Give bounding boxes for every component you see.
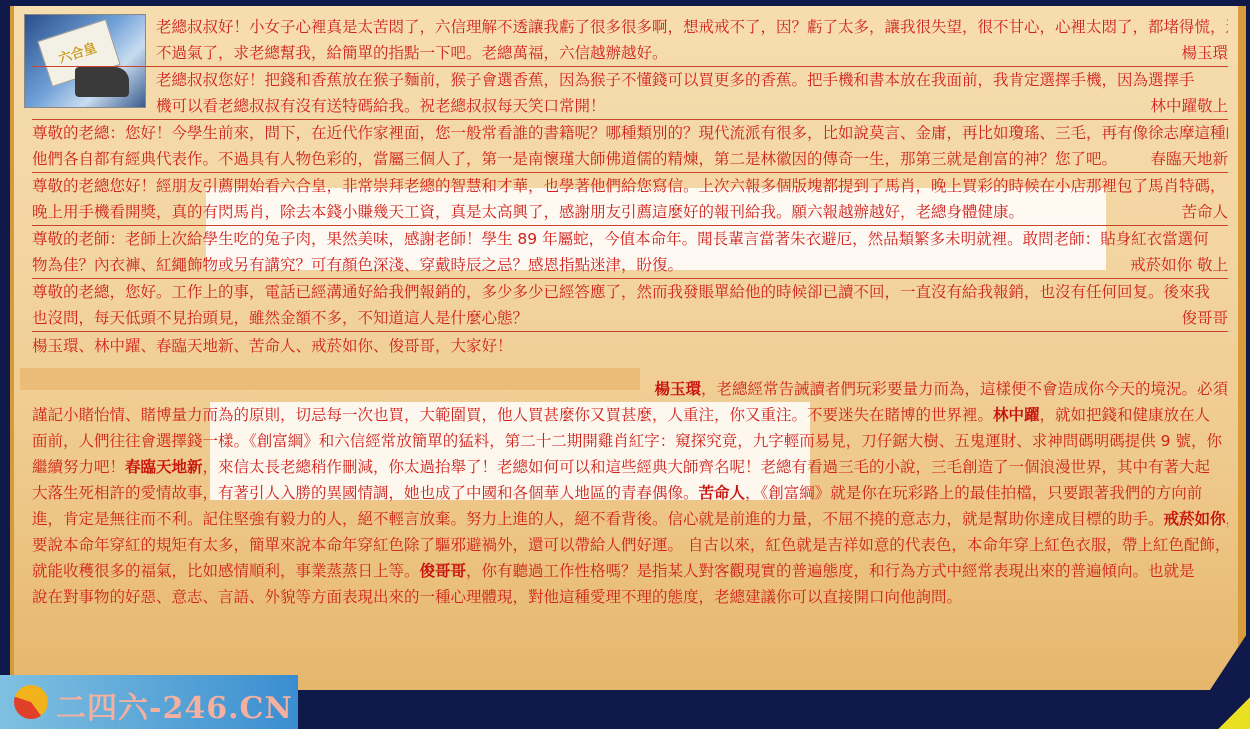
letter-line: 他們各自都有經典代表作。不過具有人物色彩的，當屬三個人了，第一是南懷瑾大師佛道儒…: [32, 146, 1228, 173]
reply-text: 大落生死相許的愛情故事，有著引人入勝的異國情調，她也成了中國和各個華人地區的青春…: [32, 484, 699, 502]
reply-line: 要說本命年穿紅的規矩有太多，簡單來說本命年穿紅色除了驅邪避禍外，還可以帶給人們好…: [32, 532, 1228, 558]
reply-line: 楊玉環，老總經常告誡讀者們玩彩要量力而為，這樣便不會造成你今天的境況。必須: [32, 376, 1228, 402]
letter-signature: 戒菸如你 敬上: [1130, 252, 1228, 278]
letter-line: 晚上用手機看開獎，真的有閃馬肖，除去本錢小賺幾天工資，真是太高興了，感謝朋友引薦…: [32, 199, 1228, 226]
reply-text: 繼續努力吧！: [32, 458, 125, 476]
editor-reply: 楊玉環，老總經常告誡讀者們玩彩要量力而為，這樣便不會造成你今天的境況。必須謹記小…: [32, 376, 1228, 610]
letter-line: 也沒問，每天低頭不見抬頭見，雖然金額不多，不知道這人是什麼心態？俊哥哥: [32, 305, 1228, 332]
reply-text: ，來信太長老總稍作刪減，你太過抬舉了！老總如何可以和這些經典大師齊名呢！老總有看…: [203, 458, 1211, 476]
letter-line: 老總叔叔好！小女子心裡真是太苦悶了，六信理解不透讓我虧了很多很多啊，想戒戒不了，…: [32, 14, 1228, 40]
reader-name: 俊哥哥: [420, 562, 467, 580]
reader-name: 春臨天地新: [125, 458, 203, 476]
letter-signature: 林中躍敬上: [1150, 93, 1228, 119]
watermark: 二四六-246.CN: [0, 675, 298, 729]
site-logo-icon: [14, 685, 48, 719]
letter-line: 機可以看老總叔叔有沒有送特碼給我。祝老總叔叔每天笑口常開！林中躍敬上: [32, 93, 1228, 120]
letter-line: 尊敬的老師：老師上次給學生吃的兔子肉，果然美味，感謝老師！學生 89 年屬蛇，今…: [32, 226, 1228, 252]
reader-name: 楊玉環: [654, 380, 701, 398]
letter-line: 物為佳？內衣褲、紅繩飾物或另有講究？可有顏色深淺、穿戴時辰之忌？感恩指點迷津，盼…: [32, 252, 1228, 279]
reply-text: 要說本命年穿紅的規矩有太多，簡單來說本命年穿紅色除了驅邪避禍外，還可以帶給人們好…: [32, 536, 1228, 554]
reply-text: ，老總經常告誡讀者們玩彩要量力而為，這樣便不會造成你今天的境況。必須: [701, 380, 1228, 398]
reply-text: 說在對事物的好惡、意志、言語、外貌等方面表現出來的一種心理體現，對他這種愛理不理…: [32, 588, 962, 606]
letter-line: 尊敬的老總：您好！今學生前來，問下，在近代作家裡面，您一般常看誰的書籍呢？哪種類…: [32, 120, 1228, 146]
letter-line: 尊敬的老總，您好。工作上的事，電話已經溝通好給我們報銷的，多少多少已經答應了，然…: [32, 279, 1228, 305]
reader-name: 苦命人: [699, 484, 746, 502]
letter-signature: 楊玉環: [1181, 40, 1228, 66]
letter-line: 老總叔叔您好！把錢和香蕉放在猴子麵前，猴子會選香蕉，因為猴子不懂錢可以買更多的香…: [32, 67, 1228, 93]
reader-name: 林中躍: [993, 406, 1040, 424]
reader-name: 戒菸如你: [1164, 510, 1226, 528]
reply-text: ，: [1226, 510, 1228, 528]
letter-signature: 苦命人: [1181, 199, 1228, 225]
reply-line: 繼續努力吧！春臨天地新，來信太長老總稍作刪減，你太過抬舉了！老總如何可以和這些經…: [32, 454, 1228, 480]
reply-line: 進，肯定是無往而不利。記住堅強有毅力的人，絕不輕言放棄。努力上進的人，絕不看背後…: [32, 506, 1228, 532]
letter-paper: 六合皇 老總叔叔好！小女子心裡真是太苦悶了，六信理解不透讓我虧了很多很多啊，想戒…: [10, 6, 1246, 690]
letter-signature: 春臨天地新: [1150, 146, 1228, 172]
letter-line: 尊敬的老總您好！經朋友引薦開始看六合皇，非常崇拜老總的智慧和才華，也學著他們給您…: [32, 173, 1228, 199]
reply-text: ，就如把錢和健康放在人: [1040, 406, 1211, 424]
reply-line: 大落生死相許的愛情故事，有著引人入勝的異國情調，她也成了中國和各個華人地區的青春…: [32, 480, 1228, 506]
reply-text: 進，肯定是無往而不利。記住堅強有毅力的人，絕不輕言放棄。努力上進的人，絕不看背後…: [32, 510, 1164, 528]
letter-line: 不過氣了，求老總幫我，給簡單的指點一下吧。老總萬福，六信越辦越好。楊玉環: [32, 40, 1228, 67]
reply-line: 說在對事物的好惡、意志、言語、外貌等方面表現出來的一種心理體現，對他這種愛理不理…: [32, 584, 1228, 610]
reply-text: 就能收穫很多的福氣，比如感情順利，事業蒸蒸日上等。: [32, 562, 420, 580]
reply-line: 面前，人們往往會選擇錢一樣。《創富綱》和六信經常放簡單的猛料，第二十二期開雞肖紅…: [32, 428, 1228, 454]
reader-letters: 老總叔叔好！小女子心裡真是太苦悶了，六信理解不透讓我虧了很多很多啊，想戒戒不了，…: [32, 14, 1228, 360]
letter-signature: 俊哥哥: [1181, 305, 1228, 331]
greeting-line: 楊玉環、林中躍、春臨天地新、苦命人、戒菸如你、俊哥哥，大家好！: [32, 332, 1228, 360]
reply-text: 面前，人們往往會選擇錢一樣。《創富綱》和六信經常放簡單的猛料，第二十二期開雞肖紅…: [32, 432, 1222, 450]
watermark-text: 二四六-246.CN: [56, 683, 293, 727]
reply-line: 謹記小賭怡情、賭博量力而為的原則，切忌每一次也買，大範圍買，他人買甚麼你又買甚麼…: [32, 402, 1228, 428]
reply-text: ，你有聽過工作性格嗎？是指某人對客觀現實的普遍態度，和行為方式中經常表現出來的普…: [466, 562, 1195, 580]
reply-text: ，《創富綱》就是你在玩彩路上的最佳拍檔，只要跟著我們的方向前: [745, 484, 1202, 502]
reply-text: 謹記小賭怡情、賭博量力而為的原則，切忌每一次也買，大範圍買，他人買甚麼你又買甚麼…: [32, 406, 993, 424]
corner-decoration: [1210, 690, 1250, 729]
reply-line: 就能收穫很多的福氣，比如感情順利，事業蒸蒸日上等。俊哥哥，你有聽過工作性格嗎？是…: [32, 558, 1228, 584]
page-frame: 六合皇 老總叔叔好！小女子心裡真是太苦悶了，六信理解不透讓我虧了很多很多啊，想戒…: [0, 0, 1250, 729]
